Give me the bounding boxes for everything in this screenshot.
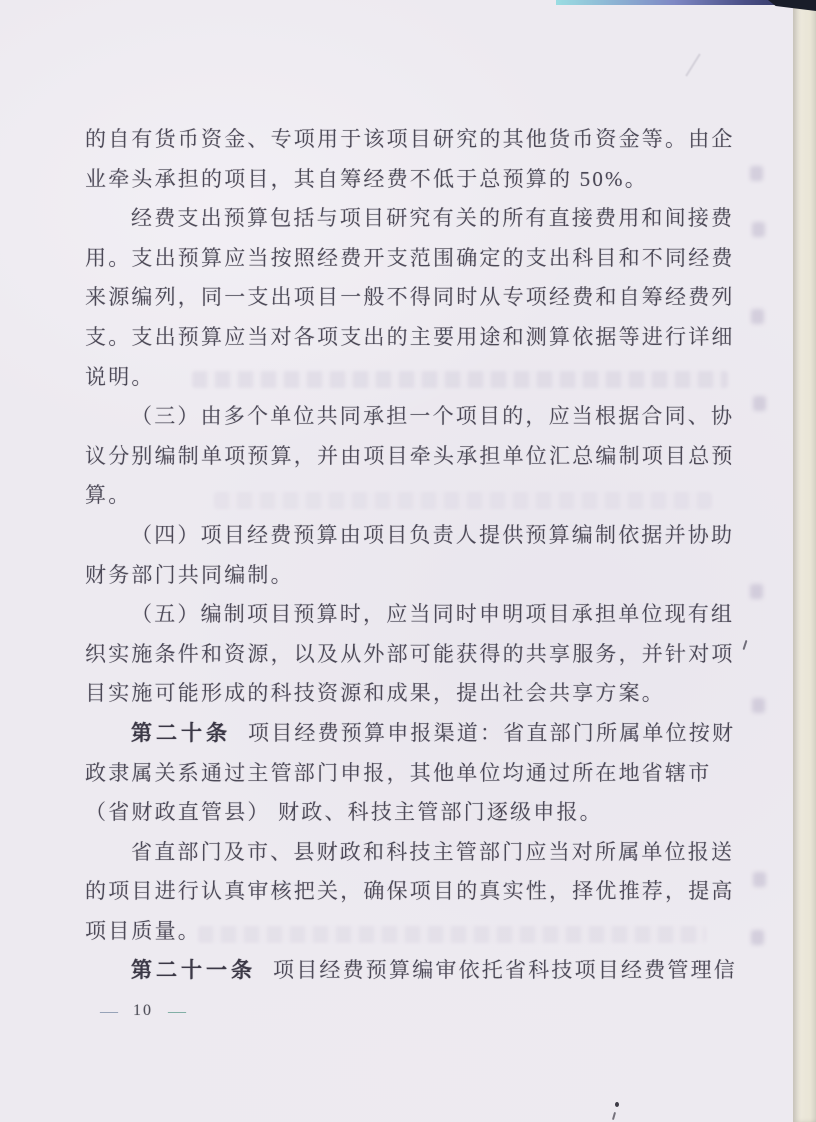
- line-text: 来源编列，同一支出项目一般不得同时从专项经费和自筹经费列: [85, 285, 735, 309]
- line-text: 财务部门共同编制。: [85, 563, 294, 587]
- text-line: 第二十条项目经费预算申报渠道：省直部门所属单位按财: [85, 714, 753, 754]
- line-text: 议分别编制单项预算，并由项目牵头承担单位汇总编制项目总预: [85, 444, 735, 468]
- line-text: 支。支出预算应当对各项支出的主要用途和测算依据等进行详细: [85, 325, 735, 349]
- line-text: 用。支出预算应当按照经费开支范围确定的支出科目和不同经费: [85, 246, 735, 270]
- line-text: 政隶属关系通过主管部门申报，其他单位均通过所在地省辖市: [85, 761, 711, 785]
- text-line: （五）编制项目预算时，应当同时申明项目承担单位现有组: [85, 595, 753, 635]
- line-text: 经费支出预算包括与项目研究有关的所有直接费用和间接费: [131, 206, 734, 230]
- text-line: （省财政直管县） 财政、科技主管部门逐级申报。: [85, 793, 753, 833]
- page-number-dash-left: —: [100, 999, 118, 1023]
- line-text: 算。: [85, 483, 131, 507]
- page-edge-strip: [793, 0, 816, 1122]
- document-body: 的自有货币资金、专项用于该项目研究的其他货币资金等。由企业牵头承担的项目，其自筹…: [85, 120, 753, 991]
- text-line: 支。支出预算应当对各项支出的主要用途和测算依据等进行详细: [85, 318, 753, 358]
- ink-speck: [615, 1102, 619, 1107]
- line-text: 项目经费预算编审依托省科技项目经费管理信: [273, 958, 737, 982]
- bleed-through-mark: [752, 698, 765, 713]
- text-line: 政隶属关系通过主管部门申报，其他单位均通过所在地省辖市: [85, 754, 753, 794]
- text-line: （四）项目经费预算由项目负责人提供预算编制依据并协助: [85, 516, 753, 556]
- page-number-dash-right: —: [168, 999, 186, 1023]
- text-line: 说明。: [85, 358, 753, 398]
- line-text: 的自有货币资金、专项用于该项目研究的其他货币资金等。由企: [85, 127, 735, 151]
- line-text: 目实施可能形成的科技资源和成果，提出社会共享方案。: [85, 681, 665, 705]
- line-text: 的项目进行认真审核把关，确保项目的真实性，择优推荐，提高: [85, 879, 735, 903]
- article-number-heading: 第二十条: [131, 721, 231, 745]
- bleed-through-mark: [753, 396, 766, 411]
- text-line: 第二十一条项目经费预算编审依托省科技项目经费管理信: [85, 951, 753, 991]
- text-line: 项目质量。: [85, 912, 753, 952]
- text-line: 经费支出预算包括与项目研究有关的所有直接费用和间接费: [85, 199, 753, 239]
- line-text: （五）编制项目预算时，应当同时申明项目承担单位现有组: [131, 602, 734, 626]
- line-text: 项目经费预算申报渠道：省直部门所属单位按财: [248, 721, 735, 745]
- line-text: 织实施条件和资源，以及从外部可能获得的共享服务，并针对项: [85, 642, 735, 666]
- page-number-value: 10: [133, 999, 153, 1023]
- text-line: 的自有货币资金、专项用于该项目研究的其他货币资金等。由企: [85, 120, 753, 160]
- bleed-through-mark: [752, 222, 765, 237]
- text-line: 财务部门共同编制。: [85, 556, 753, 596]
- line-text: （三）由多个单位共同承担一个项目的，应当根据合同、协: [131, 404, 734, 428]
- text-line: 业牵头承担的项目，其自筹经费不低于总预算的 50%。: [85, 160, 753, 200]
- line-text: 说明。: [85, 365, 155, 389]
- bleed-through-mark: [753, 872, 766, 887]
- text-line: 来源编列，同一支出项目一般不得同时从专项经费和自筹经费列: [85, 278, 753, 318]
- text-line: 的项目进行认真审核把关，确保项目的真实性，择优推荐，提高: [85, 872, 753, 912]
- text-line: 省直部门及市、县财政和科技主管部门应当对所属单位报送: [85, 833, 753, 873]
- text-line: 用。支出预算应当按照经费开支范围确定的支出科目和不同经费: [85, 239, 753, 279]
- article-number-heading: 第二十一条: [131, 958, 256, 982]
- page-number: — 10 —: [100, 999, 186, 1023]
- line-text: （省财政直管县） 财政、科技主管部门逐级申报。: [85, 800, 603, 824]
- line-text: （四）项目经费预算由项目负责人提供预算编制依据并协助: [131, 523, 734, 547]
- text-line: （三）由多个单位共同承担一个项目的，应当根据合同、协: [85, 397, 753, 437]
- text-line: 织实施条件和资源，以及从外部可能获得的共享服务，并针对项: [85, 635, 753, 675]
- text-line: 算。: [85, 476, 753, 516]
- line-text: 业牵头承担的项目，其自筹经费不低于总预算的 50%。: [85, 167, 648, 191]
- text-line: 议分别编制单项预算，并由项目牵头承担单位汇总编制项目总预: [85, 437, 753, 477]
- line-text: 省直部门及市、县财政和科技主管部门应当对所属单位报送: [131, 840, 734, 864]
- text-line: 目实施可能形成的科技资源和成果，提出社会共享方案。: [85, 674, 753, 714]
- line-text: 项目质量。: [85, 919, 201, 943]
